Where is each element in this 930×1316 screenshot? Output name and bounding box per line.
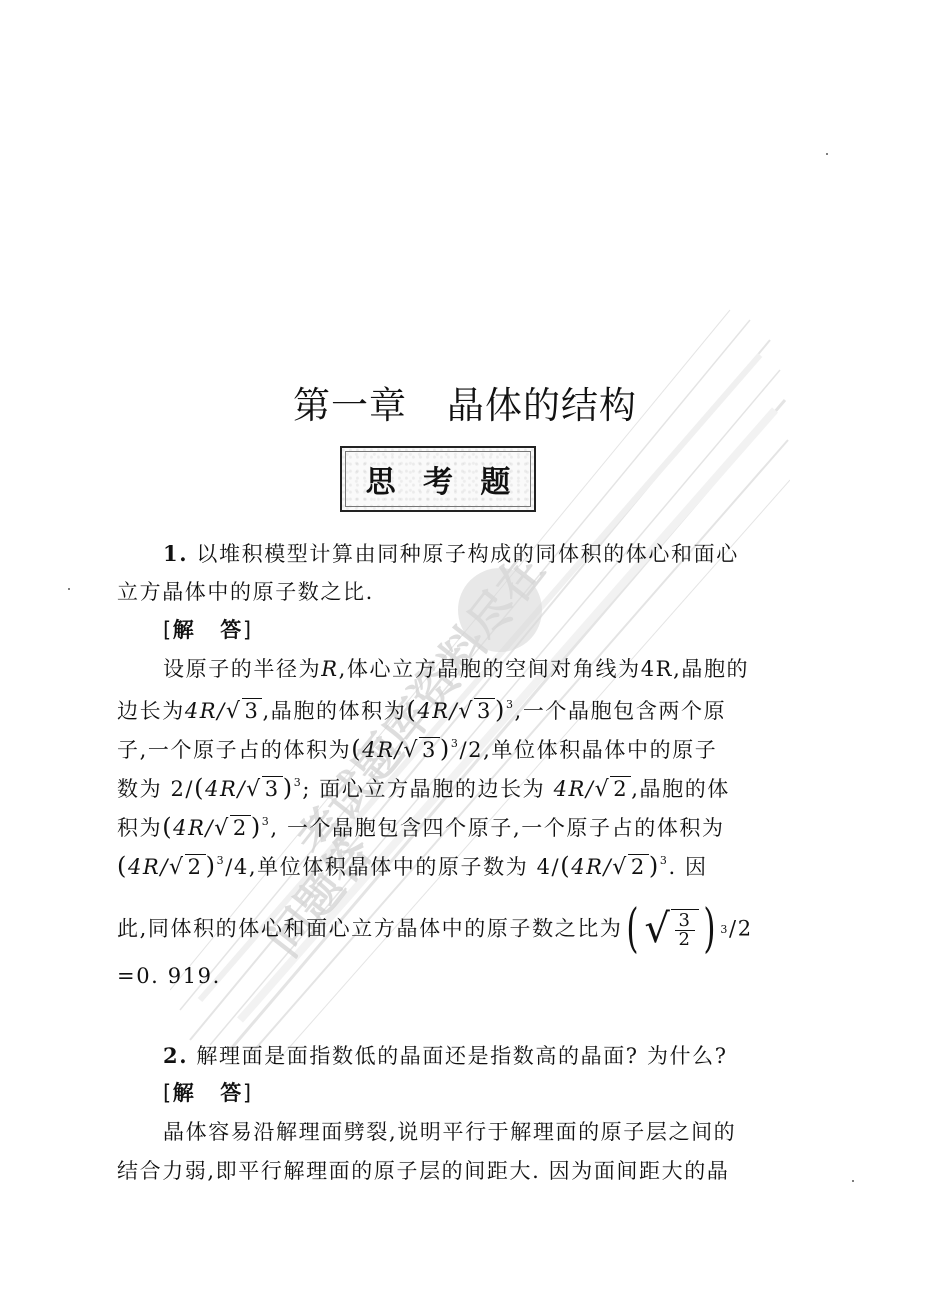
text-run: ,体心立方晶胞的空间对角线为 [339, 657, 641, 681]
text-run: 子,一个原子占的体积为 [117, 738, 351, 762]
answer-1-line-5: 积为(4R/√2)3, 一个晶胞包含四个原子,一个原子占的体积为 [117, 815, 785, 840]
math-expr: (4R/√2)3 [117, 855, 225, 879]
chapter-name: 晶体的结构 [447, 384, 637, 427]
scan-speck [852, 1180, 854, 1182]
document-page: 第一章晶体的结构 思 考 题 1. 以堆积模型计算由同种原子构成的同体积的体心和… [0, 0, 930, 1316]
answer-1-line-6: (4R/√2)3/4,单位体积晶体中的原子数为 4/(4R/√2)3. 因 [117, 854, 785, 879]
text-run: 晶体容易沿解理面劈裂,说明平行于解理面的原子层之间的 [163, 1120, 736, 1144]
bracket-close: ] [243, 618, 253, 642]
text-run: /2 [729, 917, 753, 941]
answer-2-line-2: 结合力弱,即平行解理面的原子层的间距大. 因为面间距大的晶 [117, 1161, 785, 1182]
answer-1-line-1: 设原子的半径为R,体心立方晶胞的空间对角线为4R,晶胞的 [163, 659, 785, 680]
math-expr: (4R/√3)3 [194, 777, 302, 801]
answer-2-line-1: 晶体容易沿解理面劈裂,说明平行于解理面的原子层之间的 [163, 1122, 785, 1143]
text-run: /4,单位体积晶体中的原子数为 4/ [225, 855, 560, 879]
text-run: 设原子的半径为 [163, 657, 321, 681]
scan-speck [68, 588, 70, 590]
text-run: . 因 [668, 855, 707, 879]
question-text: 以堆积模型计算由同种原子构成的同体积的体心和面心 [196, 542, 738, 566]
text-run: ,一个晶胞包含两个原 [515, 699, 727, 723]
section-char: 考 [423, 457, 453, 501]
text-run: 此,同体积的体心和面心立方晶体中的原子数之比为 [117, 917, 622, 941]
bracket-close: ] [243, 1081, 253, 1105]
answer-1-line-7: 此,同体积的体心和面心立方晶体中的原子数之比为(√32)3/2 [117, 903, 785, 955]
answer-label-char: 答 [220, 618, 243, 642]
question-text: 立方晶体中的原子数之比. [117, 580, 374, 604]
answer-1-line-3: 子,一个原子占的体积为(4R/√3)3/2,单位体积晶体中的原子 [117, 737, 785, 762]
scan-speck [826, 153, 828, 155]
math-expr: (√32)3 [622, 903, 729, 955]
math-var: R [321, 657, 338, 681]
text-run: ; 面心立方晶胞的边长为 [302, 777, 553, 801]
answer-label-char: 解 [173, 1081, 196, 1105]
answer-label: [解 答] [163, 1083, 785, 1104]
bracket-open: [ [163, 618, 173, 642]
math-expr: (4R/√3)3 [406, 699, 514, 723]
text-run: =0. 919. [117, 964, 221, 988]
text-run: ,晶胞的体 [631, 777, 730, 801]
text-run: 积为 [117, 816, 162, 840]
text-run: , 一个晶胞包含四个原子,一个原子占的体积为 [270, 816, 724, 840]
chapter-number: 第一章 [293, 384, 407, 427]
question-number: 2. [163, 1043, 188, 1068]
section-heading-box: 思 考 题 [340, 446, 536, 512]
question-1-line-1: 1. 以堆积模型计算由同种原子构成的同体积的体心和面心 [163, 543, 785, 565]
question-number: 1. [163, 541, 188, 566]
text-run: ,晶胞的 [673, 657, 749, 681]
question-1-line-2: 立方晶体中的原子数之比. [117, 582, 785, 603]
math-expr: (4R/√3)3 [351, 738, 459, 762]
text-run: 边长为 [117, 699, 185, 723]
chapter-title: 第一章晶体的结构 [0, 375, 930, 429]
bracket-open: [ [163, 1081, 173, 1105]
math-expr: 4R/√2 [554, 777, 632, 801]
answer-1-line-8: =0. 919. [117, 966, 785, 987]
answer-label: [解 答] [163, 620, 785, 641]
math-expr: (4R/√2)3 [560, 855, 668, 879]
section-char: 题 [480, 457, 510, 501]
math-expr: (4R/√2)3 [162, 816, 270, 840]
answer-1-line-4: 数为 2/(4R/√3)3; 面心立方晶胞的边长为 4R/√2,晶胞的体 [117, 776, 785, 801]
text-run: /2,单位体积晶体中的原子 [459, 738, 717, 762]
text-run: 结合力弱,即平行解理面的原子层的间距大. 因为面间距大的晶 [117, 1159, 729, 1183]
question-text: 解理面是面指数低的晶面还是指数高的晶面? 为什么? [196, 1044, 727, 1068]
question-2-line-1: 2. 解理面是面指数低的晶面还是指数高的晶面? 为什么? [163, 1045, 785, 1067]
math-expr: 4R [641, 657, 673, 681]
answer-label-char: 解 [173, 618, 196, 642]
text-run: 数为 2/ [117, 777, 194, 801]
math-expr: 4R/√3 [185, 699, 263, 723]
answer-1-line-2: 边长为4R/√3,晶胞的体积为(4R/√3)3,一个晶胞包含两个原 [117, 698, 785, 723]
section-char: 思 [366, 457, 396, 501]
text-run: ,晶胞的体积为 [262, 699, 406, 723]
answer-label-char: 答 [220, 1081, 243, 1105]
